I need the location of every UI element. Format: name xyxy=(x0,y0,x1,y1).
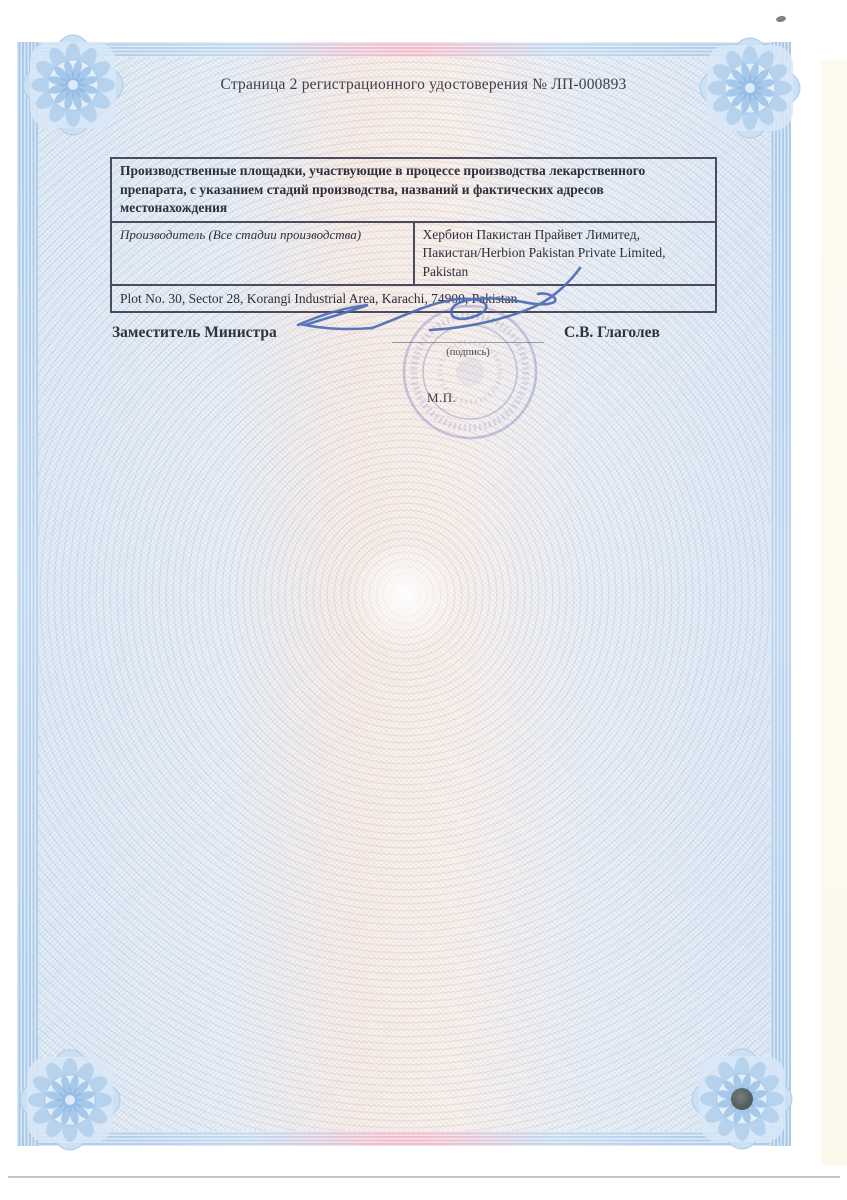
scan-page-edge-line xyxy=(8,1176,840,1178)
foil-seal-dot xyxy=(731,1088,753,1110)
border-band-left xyxy=(17,42,38,1146)
table-row: Производственные площадки, участвующие в… xyxy=(111,158,716,222)
corner-rosette-ornament xyxy=(15,1045,125,1155)
official-title: Заместитель Министра xyxy=(112,324,277,342)
table-header-cell: Производственные площадки, участвующие в… xyxy=(111,158,716,222)
scan-edge-strip xyxy=(821,60,847,1165)
scan-artifact-speck xyxy=(775,15,786,23)
border-band-top xyxy=(17,42,791,57)
signature-scribble xyxy=(280,258,592,346)
border-band-right xyxy=(770,42,791,1146)
page-title: Страница 2 регистрационного удостоверени… xyxy=(0,76,847,94)
border-band-bottom xyxy=(17,1131,791,1146)
certificate-page: Страница 2 регистрационного удостоверени… xyxy=(0,0,847,1200)
